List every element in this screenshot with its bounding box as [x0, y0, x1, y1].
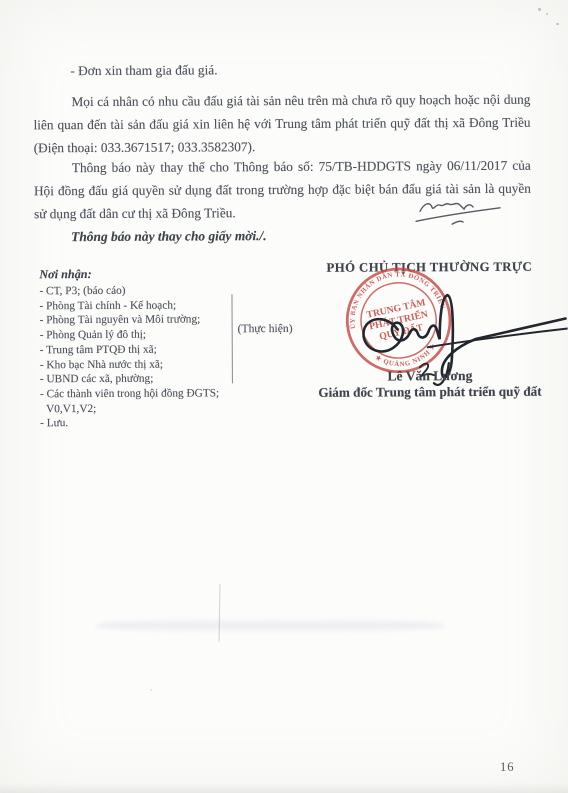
recipients-bracket-line — [231, 294, 232, 383]
recipient-item: - Trung tâm PTQĐ thị xã; — [40, 342, 219, 358]
scan-speck — [150, 689, 152, 691]
recipient-item: - UBND các xã, phường; — [40, 372, 219, 388]
scan-speck — [538, 8, 541, 11]
scan-speck — [546, 13, 548, 15]
recipients-label: Nơi nhận: — [39, 266, 218, 282]
signer-title: Giám đốc Trung tâm phát triển quỹ đất — [308, 384, 552, 401]
paragraph-invitation-note: Thông báo này thay cho giấy mời./. — [71, 228, 267, 245]
recipient-item: - Kho bạc Nhà nước thị xã; — [40, 357, 219, 373]
implementation-note: (Thực hiện) — [238, 322, 293, 335]
page-number: 16 — [500, 760, 515, 775]
paper-crease — [95, 618, 445, 634]
recipient-item: - Phòng Tài chính - Kế hoạch; — [39, 298, 218, 314]
document-content: - Đơn xin tham gia đấu giá. Mọi cá nhân … — [0, 0, 568, 793]
recipient-item: - Phòng Quản lý đô thị; — [40, 327, 219, 343]
recipient-item: - Các thành viên trong hội đồng ĐGTS; — [40, 386, 219, 402]
recipient-item: V0,V1,V2; — [40, 401, 219, 417]
recipients-block: Nơi nhận: - CT, P3; (báo cáo) - Phòng Tà… — [39, 266, 219, 431]
list-item-application: - Đơn xin tham gia đấu giá. — [70, 62, 217, 79]
recipient-item: - Phòng Tài nguyên và Môi trường; — [40, 313, 219, 329]
paragraph-contact-info: Mọi cá nhân có nhu cầu đấu giá tài sản n… — [33, 88, 530, 160]
recipient-item: - CT, P3; (báo cáo) — [39, 283, 218, 299]
recipient-item: - Lưu. — [40, 416, 219, 432]
signer-name: Lê Văn Lương — [330, 368, 530, 385]
scan-edge-shadow — [0, 783, 568, 793]
scanned-document-page: - Đơn xin tham gia đấu giá. Mọi cá nhân … — [0, 0, 568, 793]
handwritten-initials — [412, 195, 507, 227]
scan-speck — [556, 23, 559, 25]
